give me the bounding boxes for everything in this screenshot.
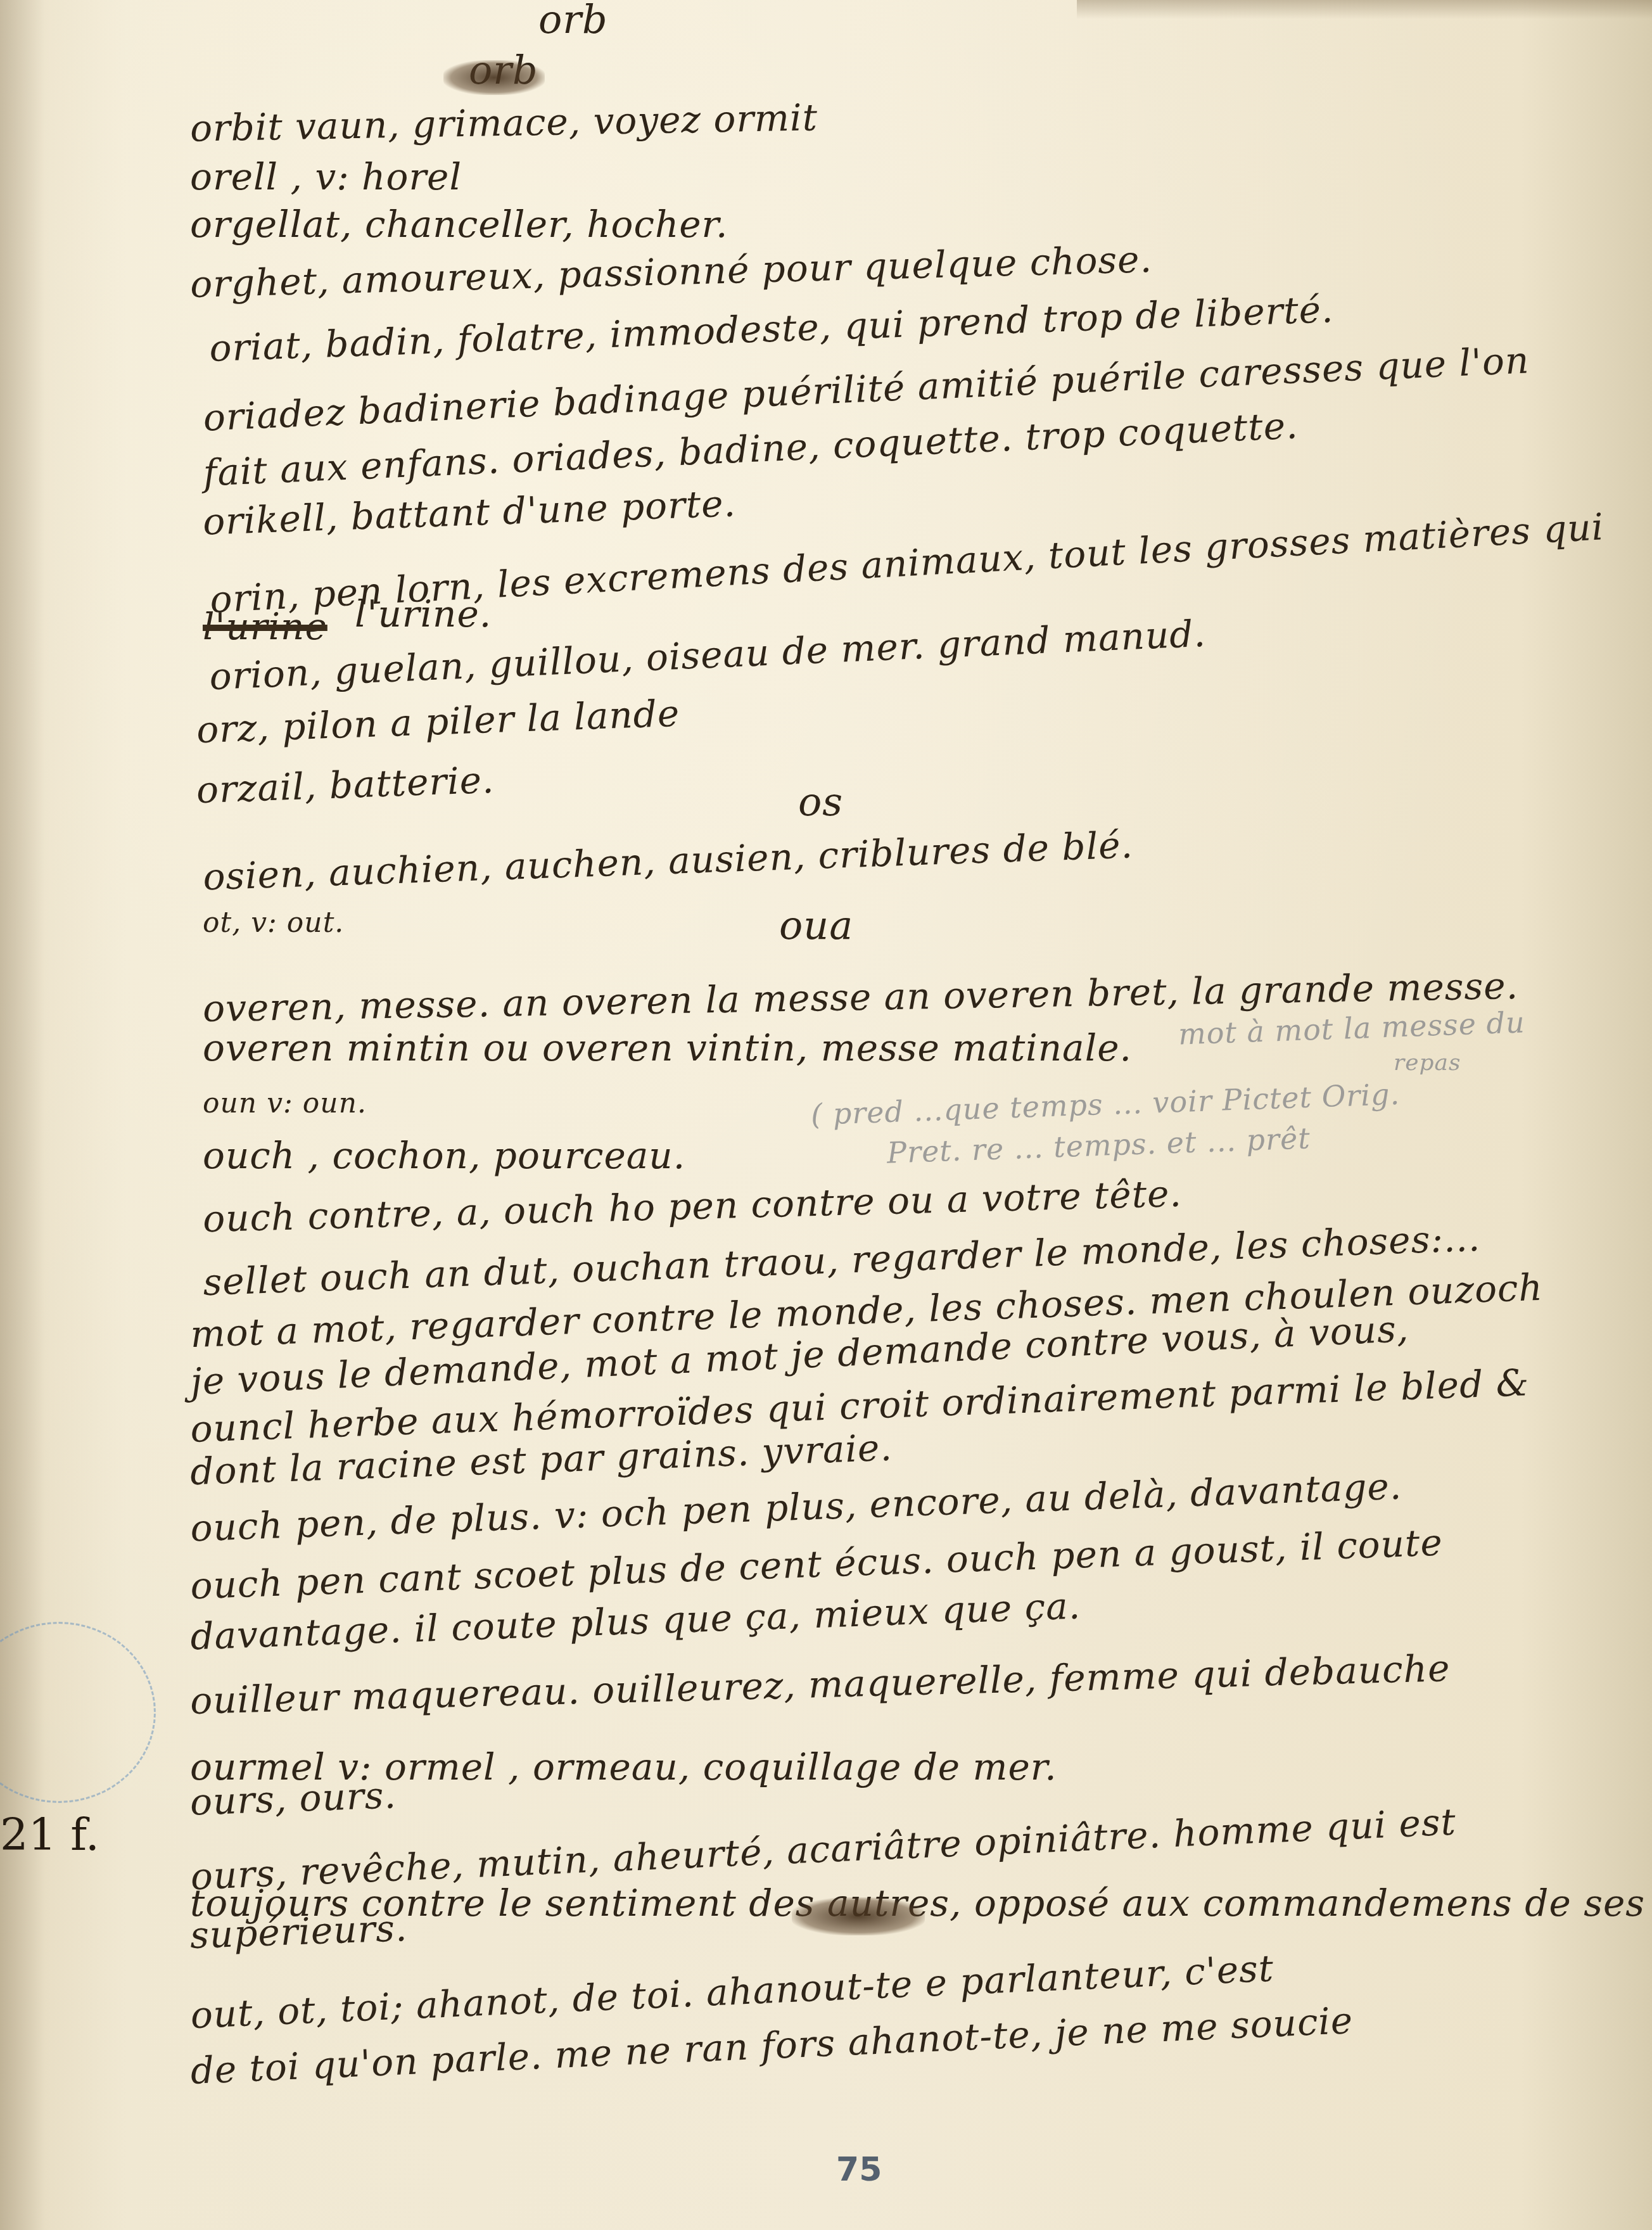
manuscript-page: orb orb orbit vaun, grimace, voyez ormit… — [0, 0, 1652, 2230]
entry-line: orgellat, chanceller, hocher. — [190, 206, 728, 243]
entry-line: orbit vaun, grimace, voyez ormit — [190, 99, 818, 146]
section-heading-os: os — [798, 782, 843, 822]
margin-folio-note: 21 f. — [0, 1809, 99, 1861]
entry-line: supérieurs. — [189, 1909, 408, 1954]
ink-blot — [792, 1897, 925, 1935]
entry-line: ouilleur maquereau. ouilleurez, maquerel… — [190, 1650, 1451, 1719]
entry-line: ot, v: out. — [203, 909, 344, 937]
entry-line: osien, auchien, auchen, ausien, criblure… — [202, 826, 1133, 895]
entry-line: orell , v: horel — [190, 158, 462, 195]
ink-blot — [443, 60, 545, 95]
page-top-edge — [1077, 0, 1652, 19]
entry-line: orzail, batterie. — [196, 761, 495, 808]
entry-line: orz, pilon a piler la lande — [196, 695, 680, 749]
entry-line: orikell, battant d'une porte. — [202, 485, 737, 540]
running-head: orb — [538, 0, 608, 39]
pencil-annotation: ( pred ...que temps ... voir Pictet Orig… — [810, 1080, 1400, 1129]
struck-word: l'urine — [203, 608, 327, 645]
entry-line: ours, ours. — [189, 1776, 397, 1820]
entry-line: ouch , cochon, pourceau. — [203, 1137, 685, 1174]
entry-line: oun v: oun. — [203, 1090, 367, 1118]
binding-gutter-shadow — [0, 0, 44, 2230]
entry-line: ouch contre, a, ouch ho pen contre ou a … — [203, 1175, 1183, 1237]
page-number: 75 — [836, 2151, 882, 2189]
pencil-annotation: mot à mot la messe du — [1178, 1007, 1525, 1048]
library-stamp — [0, 1622, 156, 1803]
pencil-annotation: repas — [1394, 1052, 1461, 1074]
entry-line: orghet, amoureux, passionné pour quelque… — [190, 241, 1153, 303]
section-heading-oua: oua — [779, 906, 853, 945]
entry-line: l'urine. — [355, 596, 492, 632]
entry-line: overen mintin ou overen vintin, messe ma… — [203, 1029, 1132, 1066]
pencil-annotation: Pret. re ... temps. et ... prêt — [886, 1123, 1311, 1167]
